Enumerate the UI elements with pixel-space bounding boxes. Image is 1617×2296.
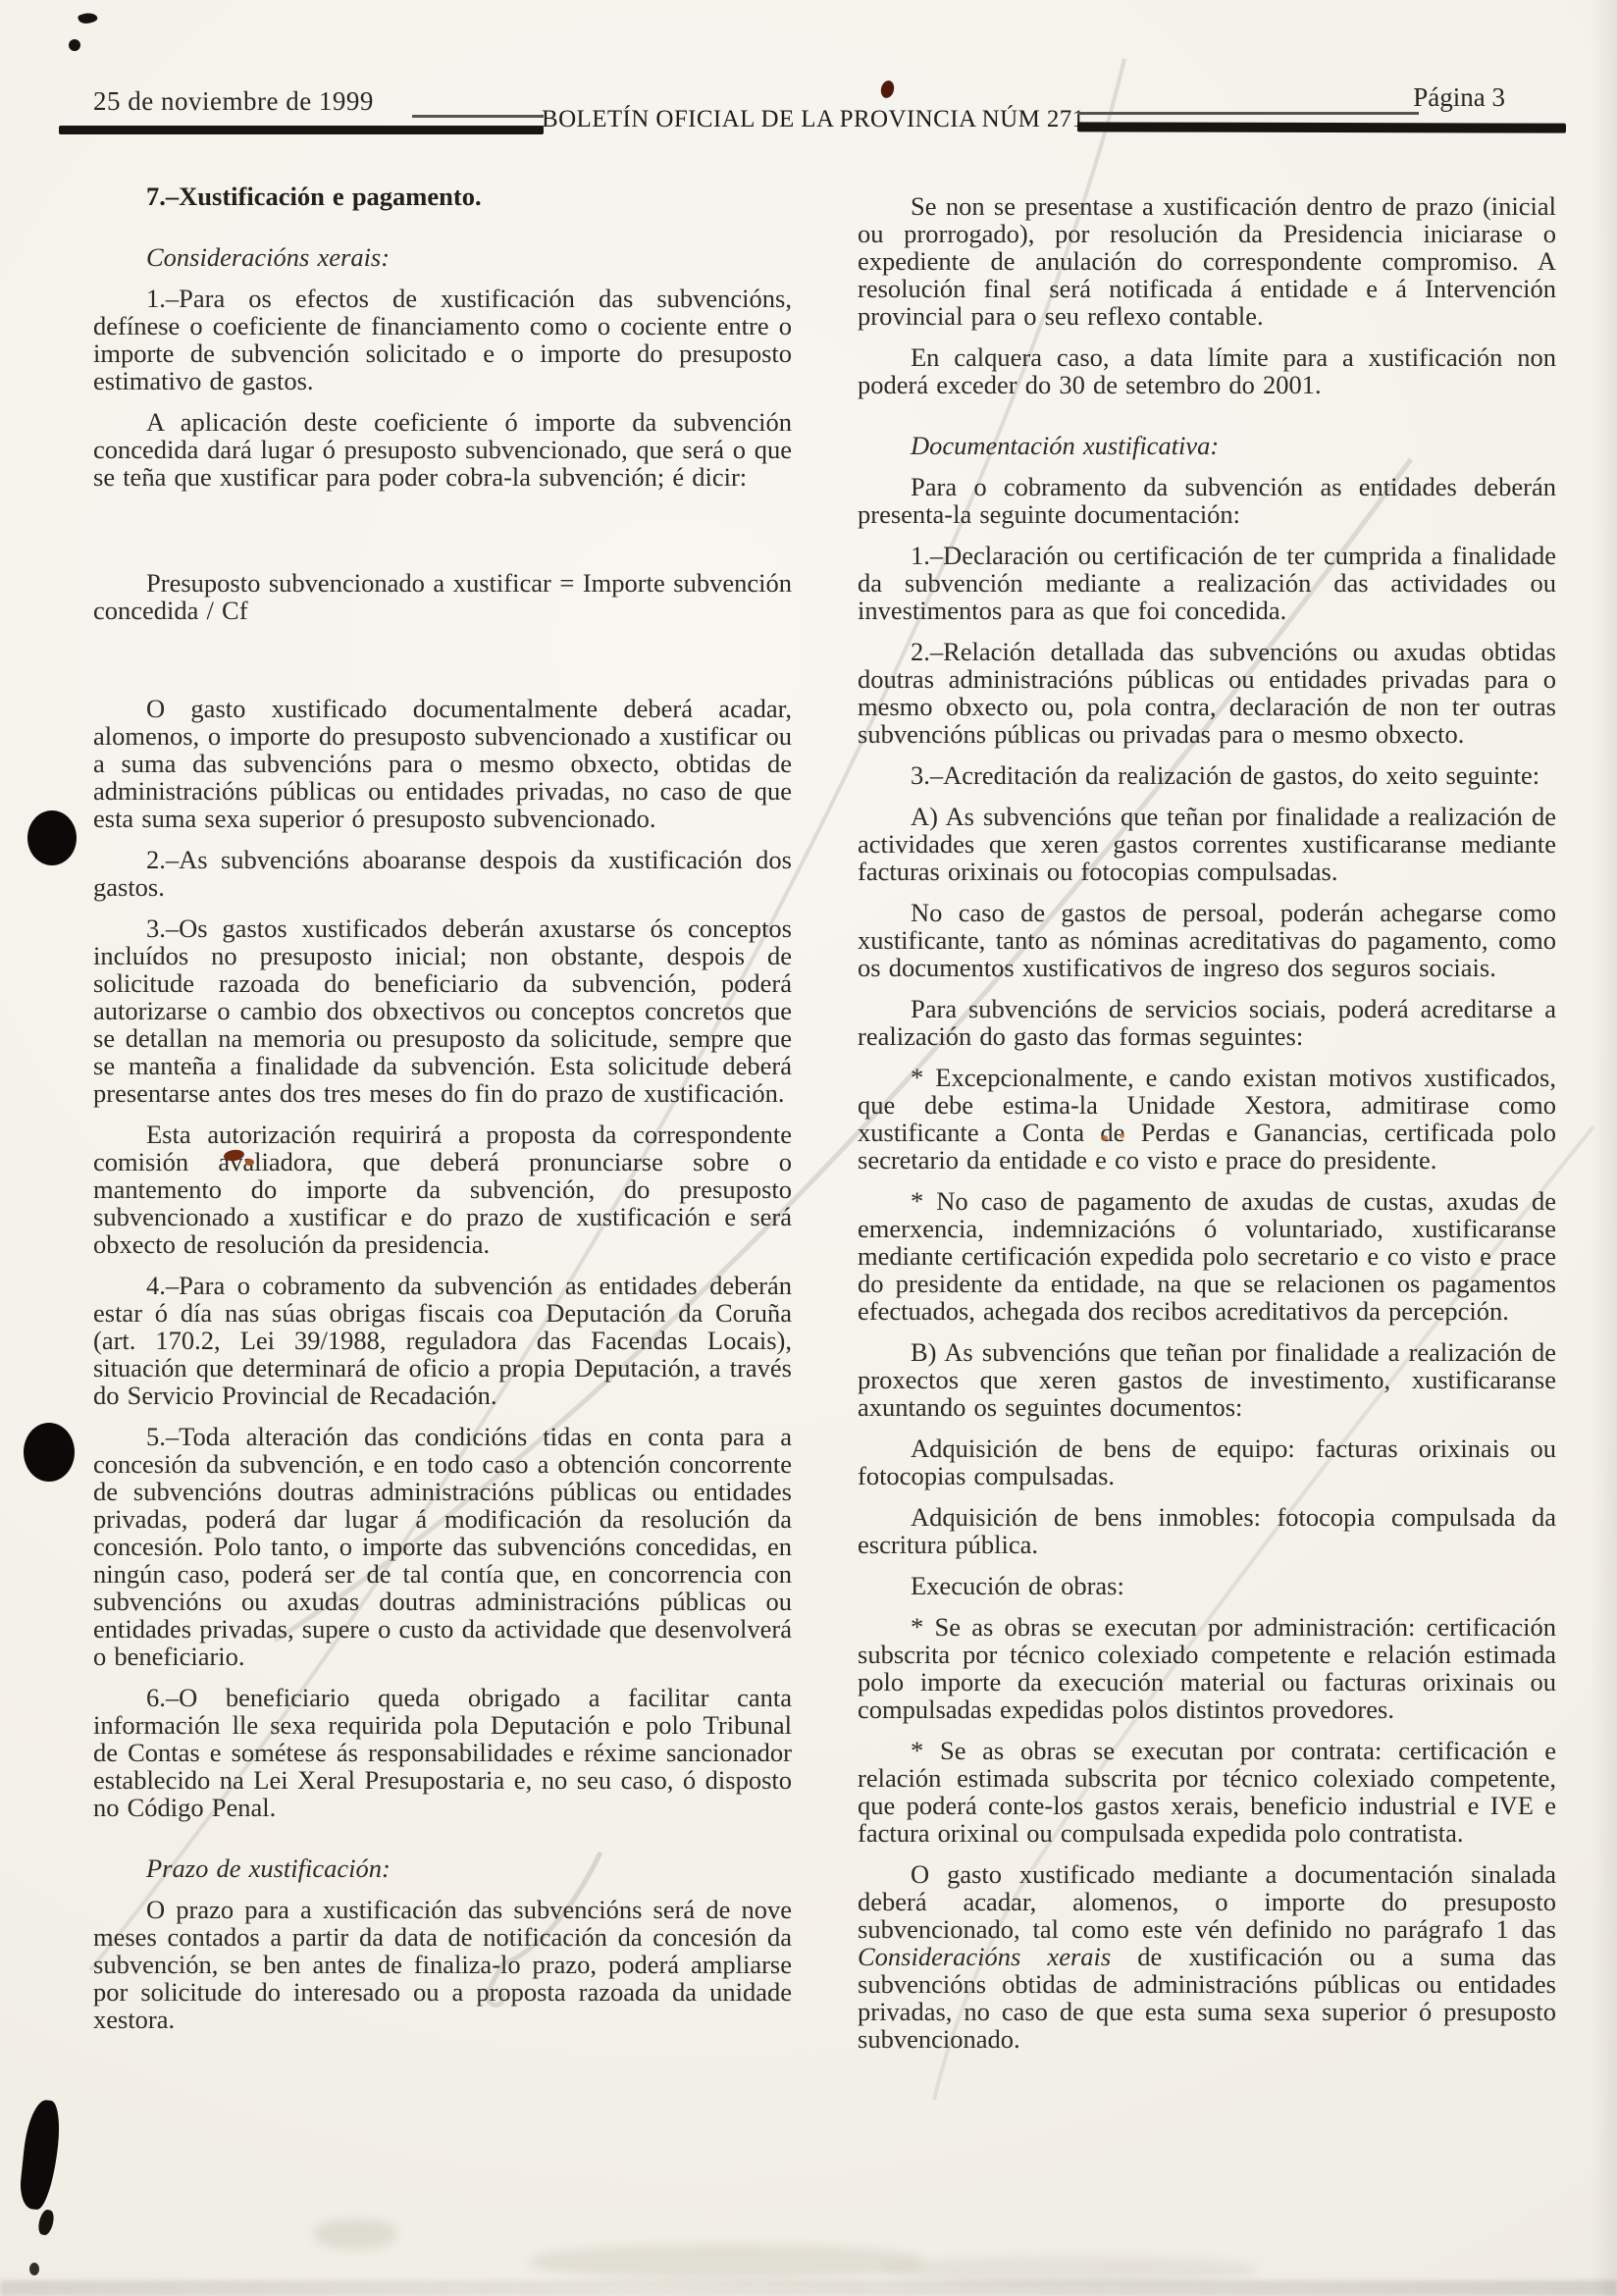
header-thin-rule-right bbox=[1077, 112, 1419, 115]
header-thick-rule-right bbox=[1077, 122, 1566, 132]
bullet-paragraph: * Se as obras se executan por administra… bbox=[858, 1613, 1556, 1723]
paragraph: 5.–Toda alteración das condicións tidas … bbox=[93, 1423, 792, 1670]
paragraph: Adquisición de bens inmobles: fotocopia … bbox=[858, 1503, 1556, 1558]
article-heading: 7.–Xustificación e pagamento. bbox=[93, 183, 792, 210]
closing-paragraph-pre: O gasto xustificado mediante a documenta… bbox=[858, 1859, 1556, 1944]
right-column: Se non se presentase a xustificación den… bbox=[858, 192, 1556, 2066]
section-heading: Documentación xustificativa: bbox=[858, 432, 1556, 459]
paragraph: No caso de gastos de persoal, poderán ac… bbox=[858, 899, 1556, 981]
section-heading: Consideracións xerais: bbox=[93, 243, 792, 271]
paragraph: Adquisición de bens de equipo: facturas … bbox=[858, 1435, 1556, 1489]
paragraph: 1.–Para os efectos de xustificación das … bbox=[93, 285, 792, 394]
paragraph: A) As subvencións que teñan por finalida… bbox=[858, 803, 1556, 885]
left-column: 7.–Xustificación e pagamento. Considerac… bbox=[93, 183, 792, 2047]
closing-paragraph: O gasto xustificado mediante a documenta… bbox=[858, 1860, 1556, 2053]
formula-paragraph: Presuposto subvencionado a xustificar = … bbox=[93, 569, 792, 624]
paragraph: 3.–Os gastos xustificados deberán axusta… bbox=[93, 914, 792, 1107]
paragraph: Execución de obras: bbox=[858, 1572, 1556, 1599]
header-date: 25 de noviembre de 1999 bbox=[93, 86, 374, 117]
paragraph: Para subvencións de servicios sociais, p… bbox=[858, 995, 1556, 1050]
bullet-paragraph: * No caso de pagamento de axudas de cust… bbox=[858, 1187, 1556, 1325]
paragraph: 1.–Declaración ou certificación de ter c… bbox=[858, 542, 1556, 624]
bulletin-title: BOLETÍN OFICIAL DE LA PROVINCIA NÚM 271 bbox=[542, 106, 1079, 133]
paragraph: O prazo para a xustificación das subvenc… bbox=[93, 1896, 792, 2033]
paragraph: Esta autorización requirirá a proposta d… bbox=[93, 1121, 792, 1258]
paragraph: 4.–Para o cobramento da subvención as en… bbox=[93, 1272, 792, 1409]
section-heading: Prazo de xustificación: bbox=[93, 1854, 792, 1882]
paragraph: En calquera caso, a data límite para a x… bbox=[858, 343, 1556, 398]
paragraph: B) As subvencións que teñan por finalida… bbox=[858, 1338, 1556, 1421]
page-number: Página 3 bbox=[1413, 82, 1505, 113]
scanned-bulletin-page: 25 de noviembre de 1999 BOLETÍN OFICIAL … bbox=[0, 0, 1617, 2296]
header-thin-rule-left bbox=[412, 115, 544, 118]
closing-paragraph-italic: Consideracións xerais bbox=[858, 1942, 1111, 1971]
paragraph: O gasto xustificado documentalmente debe… bbox=[93, 695, 792, 832]
paragraph: 2.–Relación detallada das subvencións ou… bbox=[858, 638, 1556, 748]
bullet-paragraph: * Excepcionalmente, e cando existan moti… bbox=[858, 1064, 1556, 1174]
bullet-paragraph: * Se as obras se executan por contrata: … bbox=[858, 1737, 1556, 1847]
paragraph: 3.–Acreditación da realización de gastos… bbox=[858, 761, 1556, 789]
paragraph: 2.–As subvencións aboaranse despois da x… bbox=[93, 846, 792, 901]
paragraph: Para o cobramento da subvención as entid… bbox=[858, 473, 1556, 528]
paragraph: Se non se presentase a xustificación den… bbox=[858, 192, 1556, 330]
paragraph: A aplicación deste coeficiente ó importe… bbox=[93, 408, 792, 491]
paragraph: 6.–O beneficiario queda obrigado a facil… bbox=[93, 1684, 792, 1821]
header-thick-rule-left bbox=[59, 126, 544, 134]
